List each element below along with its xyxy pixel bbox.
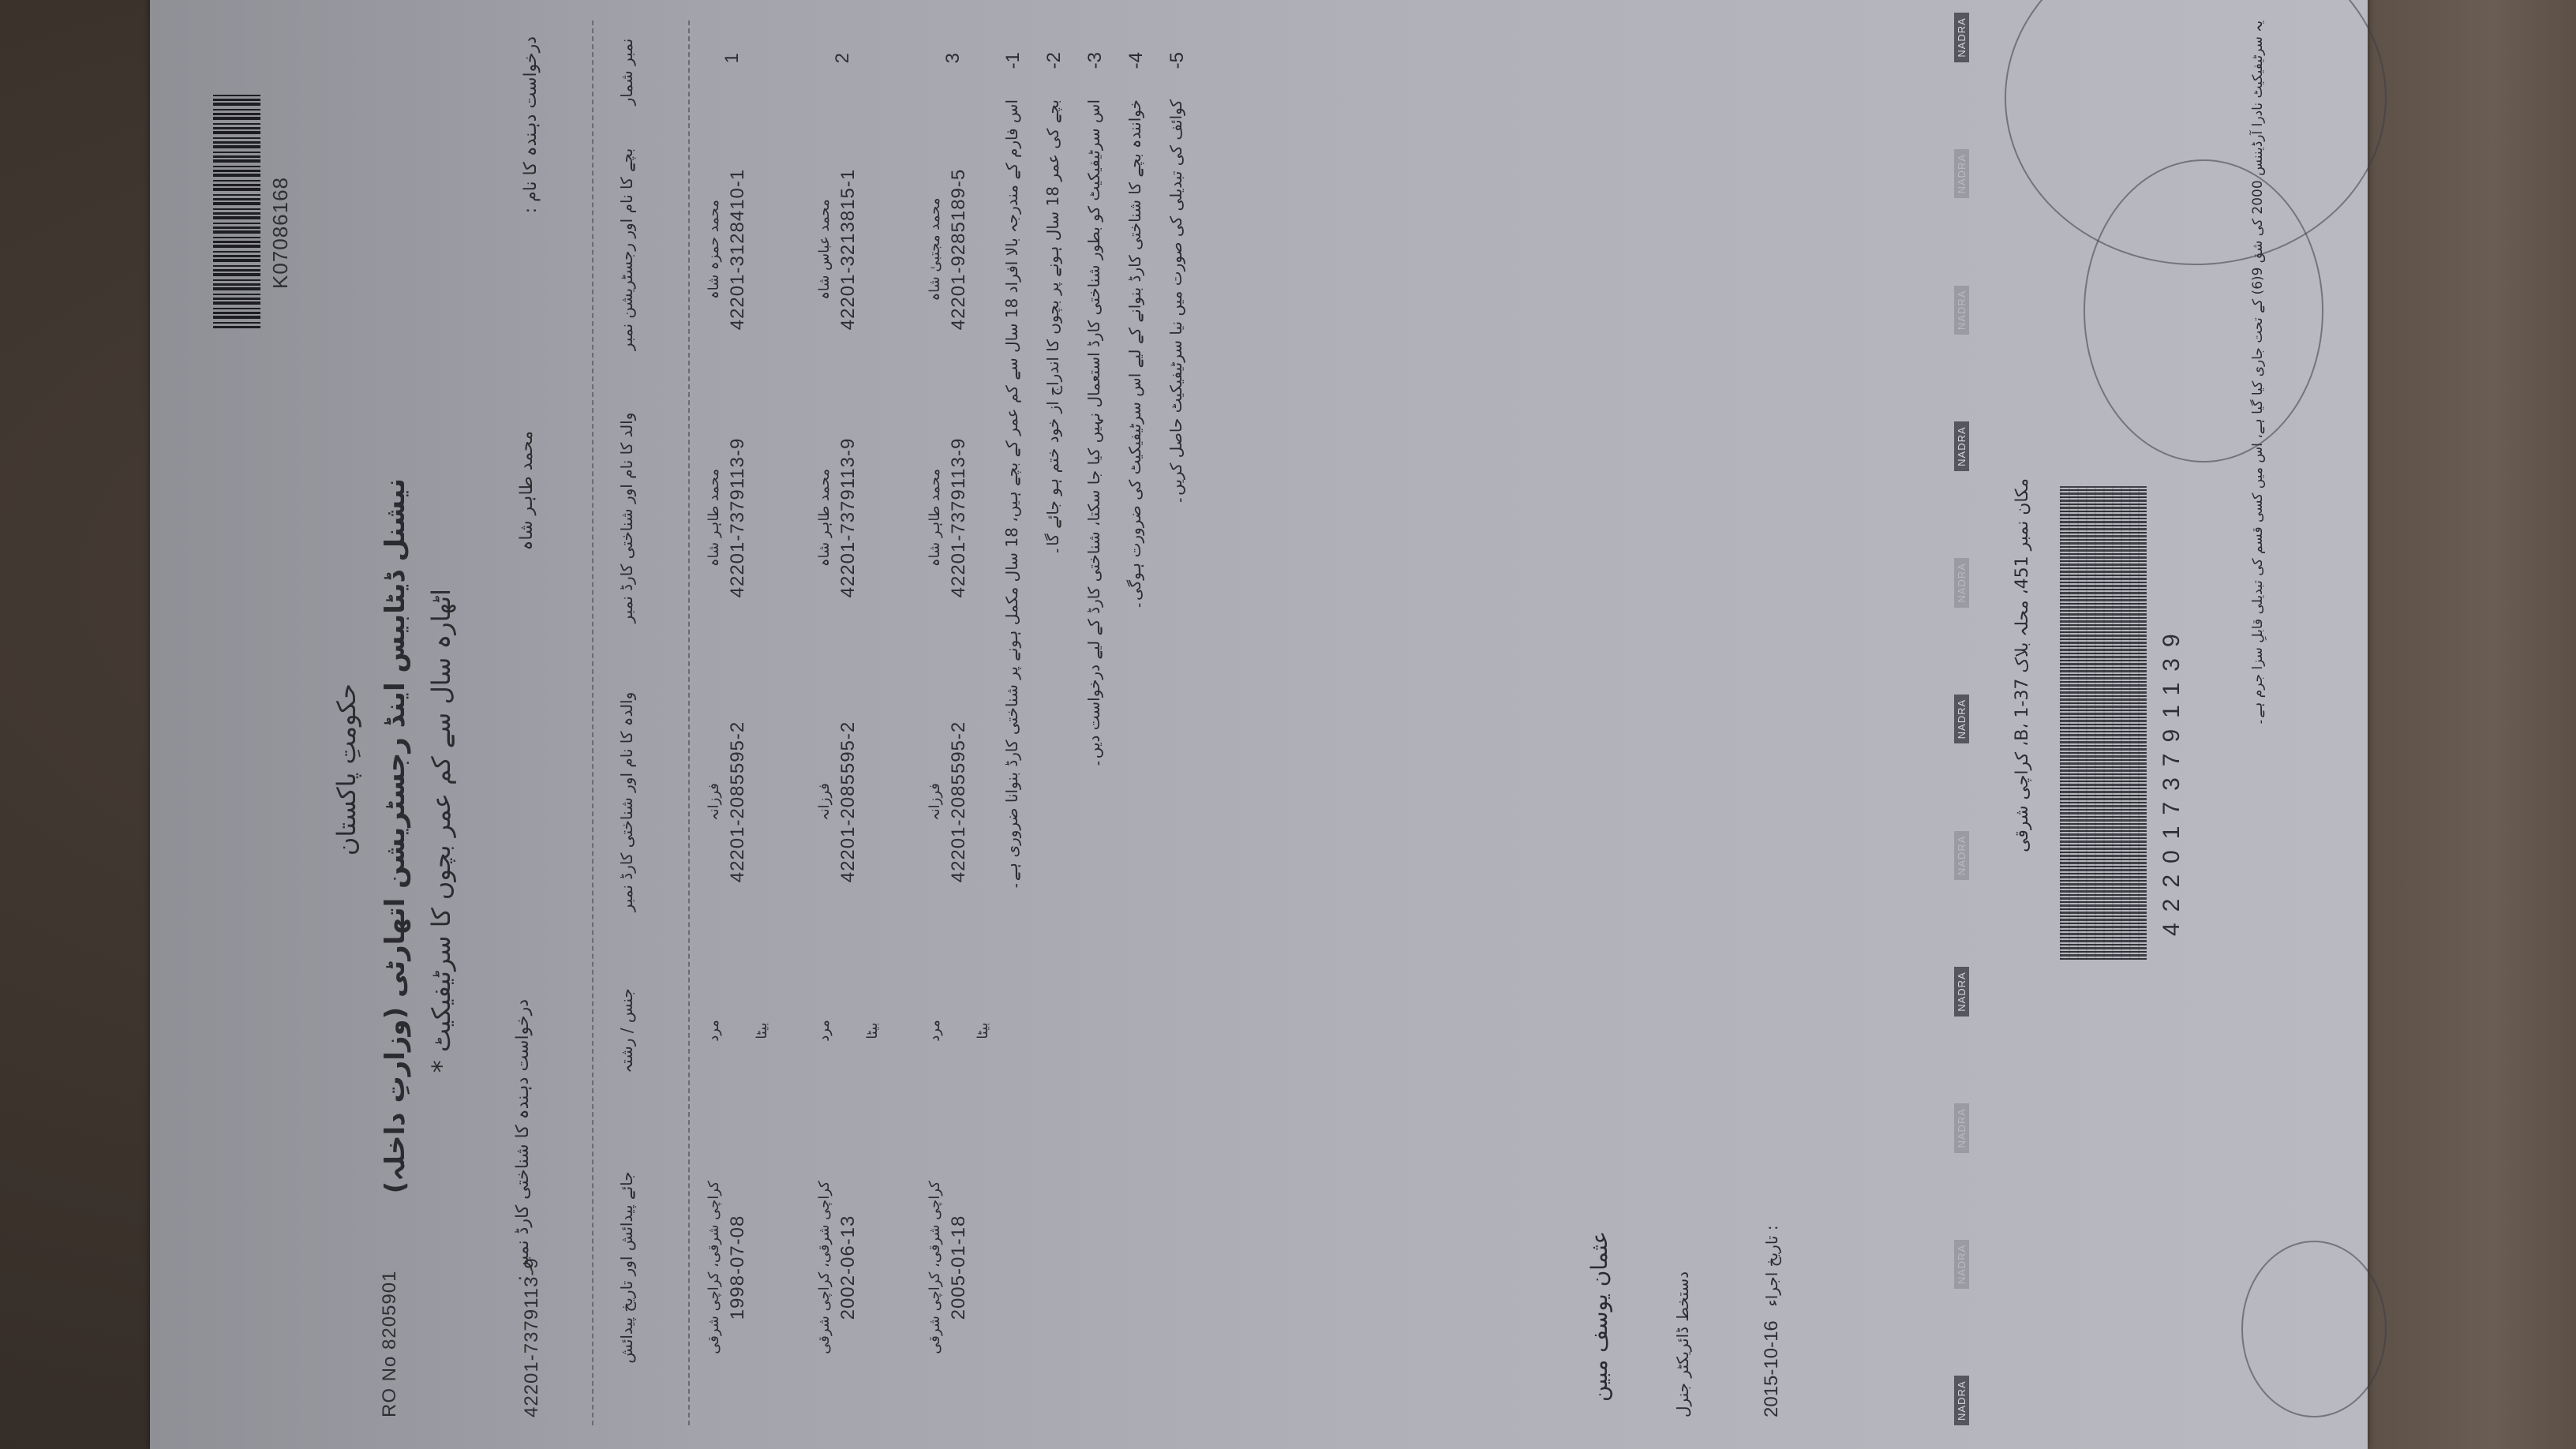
column-header-serial: نمبر شمار (617, 28, 636, 115)
birth-cell: کراچی شرقی، کراچی شرقی 2002-06-13 (816, 1125, 859, 1410)
mother-cnic: 42201-2085595-2 (727, 676, 749, 928)
notes-list: 1- اس فارم کے مندرجہ بالا افراد 18 سال س… (1002, 52, 1207, 1394)
birth-place: کراچی شرقی، کراچی شرقی (927, 1125, 943, 1410)
pen-doodle (2241, 1241, 2387, 1417)
relation: بیٹا (864, 960, 881, 1102)
bottom-barcode-number: 4220173791139 (2159, 623, 2185, 936)
table-header: نمبر شمار بچے کا نام اور رجسٹریشن نمبر و… (593, 21, 690, 1425)
note-number: 5- (1166, 52, 1189, 84)
security-watermark: NADRA (1954, 695, 1969, 744)
child-name: محمد مجتبیٰ شاہ (927, 131, 943, 368)
father-name: محمد طاہر شاہ (816, 391, 833, 644)
gender-relation-cell: مرد بیٹا (706, 960, 770, 1102)
security-watermark: NADRA (1954, 149, 1969, 199)
security-strip: NADRANADRANADRANADRANADRANADRANADRANADRA… (1949, 13, 1973, 1425)
government-heading: حکومتِ پاکستان (331, 683, 361, 856)
row-serial: 3 (942, 52, 964, 63)
birth-date: 1998-07-08 (727, 1125, 749, 1410)
security-watermark: NADRA (1954, 967, 1969, 1017)
issue-date: 2015-10-16 (1761, 1320, 1782, 1417)
father-cnic: 42201-7379113-9 (948, 391, 970, 644)
note-item: 4- خوانندہ بچے کا شناختی کارڈ بنوانے کے … (1125, 52, 1148, 1394)
father-cell: محمد طاہر شاہ 42201-7379113-9 (816, 391, 859, 644)
note-text: خوانندہ بچے کا شناختی کارڈ بنوانے کے لیے… (1125, 99, 1148, 610)
top-barcode (213, 92, 260, 328)
birth-date: 2005-01-18 (948, 1125, 970, 1410)
row-serial: 2 (832, 52, 854, 63)
security-watermark: NADRA (1954, 286, 1969, 335)
mother-name: فرزانہ (927, 676, 943, 928)
birth-cell: کراچی شرقی، کراچی شرقی 2005-01-18 (927, 1125, 970, 1410)
mother-cell: فرزانہ 42201-2085595-2 (927, 676, 970, 928)
birth-place: کراچی شرقی، کراچی شرقی (816, 1125, 833, 1410)
column-header-father: والد کا نام اور شناختی کارڈ نمبر (617, 391, 636, 644)
note-item: 3- اس سرٹیفیکیٹ کو بطور شناختی کارڈ استع… (1084, 52, 1106, 1394)
father-cnic: 42201-7379113-9 (837, 391, 859, 644)
gender: مرد (816, 960, 833, 1102)
child-cell: محمد حمزہ شاہ 42201-3128410-1 (706, 131, 749, 368)
note-number: 3- (1084, 52, 1106, 84)
father-cell: محمد طاہر شاہ 42201-7379113-9 (927, 391, 970, 644)
note-number: 1- (1002, 52, 1024, 84)
child-cell: محمد عباس شاہ 42201-3213815-1 (816, 131, 859, 368)
issue-date-label: تاریخ اجراء : (1762, 1225, 1781, 1306)
child-name: محمد حمزہ شاہ (706, 131, 722, 368)
mother-cell: فرزانہ 42201-2085595-2 (816, 676, 859, 928)
table-row: 1 محمد حمزہ شاہ 42201-3128410-1 محمد طاہ… (690, 21, 800, 1425)
mother-cnic: 42201-2085595-2 (837, 676, 859, 928)
child-registration-number: 42201-9285189-5 (948, 131, 970, 368)
mother-name: فرزانہ (816, 676, 833, 928)
signatory-title: دستخط ڈائریکٹر جنرل (1673, 1271, 1692, 1417)
bottom-barcode (2060, 486, 2147, 960)
mother-cell: فرزانہ 42201-2085595-2 (706, 676, 749, 928)
father-name: محمد طاہر شاہ (927, 391, 943, 644)
certificate-paper: K07086168 حکومتِ پاکستان نیشنل ڈیٹابیس ا… (150, 0, 2368, 1449)
pen-doodle (2084, 159, 2323, 462)
security-watermark: NADRA (1954, 13, 1969, 62)
child-registration-number: 42201-3128410-1 (727, 131, 749, 368)
gender: مرد (927, 960, 943, 1102)
note-text: بچے کی عمر 18 سال ہونے پر بچوں کا اندراج… (1043, 99, 1065, 556)
security-watermark: NADRA (1954, 558, 1969, 608)
gender: مرد (706, 960, 722, 1102)
column-header-birth: جائے پیدائش اور تاریخ پیدائش (617, 1125, 636, 1410)
child-cell: محمد مجتبیٰ شاہ 42201-9285189-5 (927, 131, 970, 368)
birth-place: کراچی شرقی، کراچی شرقی (706, 1125, 722, 1410)
note-text: اس سرٹیفیکیٹ کو بطور شناختی کارڈ استعمال… (1084, 99, 1106, 768)
note-number: 4- (1125, 52, 1148, 84)
applicant-cnic: 42201-7379113-9 (521, 1257, 543, 1417)
father-name: محمد طاہر شاہ (706, 391, 722, 644)
issue-date-block: 2015-10-16 تاریخ اجراء : (1760, 1225, 1783, 1417)
mother-name: فرزانہ (706, 676, 722, 928)
note-number: 2- (1043, 52, 1065, 84)
mother-cnic: 42201-2085595-2 (948, 676, 970, 928)
birth-date: 2002-06-13 (837, 1125, 859, 1410)
security-watermark: NADRA (1954, 1240, 1969, 1290)
gender-relation-cell: مرد بیٹا (816, 960, 881, 1102)
signatory-name: عثمان یوسف مبین (1586, 1231, 1612, 1402)
birth-cell: کراچی شرقی، کراچی شرقی 1998-07-08 (706, 1125, 749, 1410)
certificate-serial-number: K07086168 (268, 177, 293, 289)
gender-relation-cell: مرد بیٹا (927, 960, 991, 1102)
relation: بیٹا (975, 960, 991, 1102)
child-name: محمد عباس شاہ (816, 131, 833, 368)
security-watermark: NADRA (1954, 1376, 1969, 1425)
ro-number: RO No 8205901 (379, 1271, 401, 1417)
note-item: 1- اس فارم کے مندرجہ بالا افراد 18 سال س… (1002, 52, 1024, 1394)
note-text: کوائف کی تبدیلی کی صورت میں نیا سرٹیفیکی… (1166, 99, 1189, 505)
table-row: 2 محمد عباس شاہ 42201-3213815-1 محمد طاہ… (800, 21, 911, 1425)
note-text: اس فارم کے مندرجہ بالا افراد 18 سال سے ک… (1002, 99, 1024, 890)
note-item: 2- بچے کی عمر 18 سال ہونے پر بچوں کا اند… (1043, 52, 1065, 1394)
authority-heading: نیشنل ڈیٹابیس اینڈ رجسٹریشن اتھارٹی (وزا… (379, 478, 411, 1193)
security-watermark: NADRA (1954, 831, 1969, 881)
relation: بیٹا (754, 960, 770, 1102)
children-table: نمبر شمار بچے کا نام اور رجسٹریشن نمبر و… (592, 21, 1021, 1425)
column-header-gender-relation: جنس / رشتہ (617, 960, 636, 1102)
applicant-name: محمد طاہر شاہ (517, 431, 537, 551)
child-registration-number: 42201-3213815-1 (837, 131, 859, 368)
column-header-child: بچے کا نام اور رجسٹریشن نمبر (617, 131, 636, 368)
background-surface (2368, 0, 2576, 1449)
father-cell: محمد طاہر شاہ 42201-7379113-9 (706, 391, 749, 644)
address: مکان نمبر 451، محلہ بلاک 37-B، 1، کراچی … (2012, 478, 2032, 852)
father-cnic: 42201-7379113-9 (727, 391, 749, 644)
column-header-mother: والدہ کا نام اور شناختی کارڈ نمبر (617, 676, 636, 928)
security-watermark: NADRA (1954, 421, 1969, 471)
certificate-title: اٹھارہ سال سے کم عمر بچوں کا سرٹیفیکیٹ * (426, 589, 456, 1073)
applicant-cnic-label: درخواست دہندہ کا شناختی کارڈ نمبر : (513, 999, 533, 1281)
note-item: 5- کوائف کی تبدیلی کی صورت میں نیا سرٹیف… (1166, 52, 1189, 1394)
security-watermark: NADRA (1954, 1103, 1969, 1153)
row-serial: 1 (721, 52, 743, 63)
applicant-name-label: درخواست دہندہ کا نام : (521, 36, 541, 213)
